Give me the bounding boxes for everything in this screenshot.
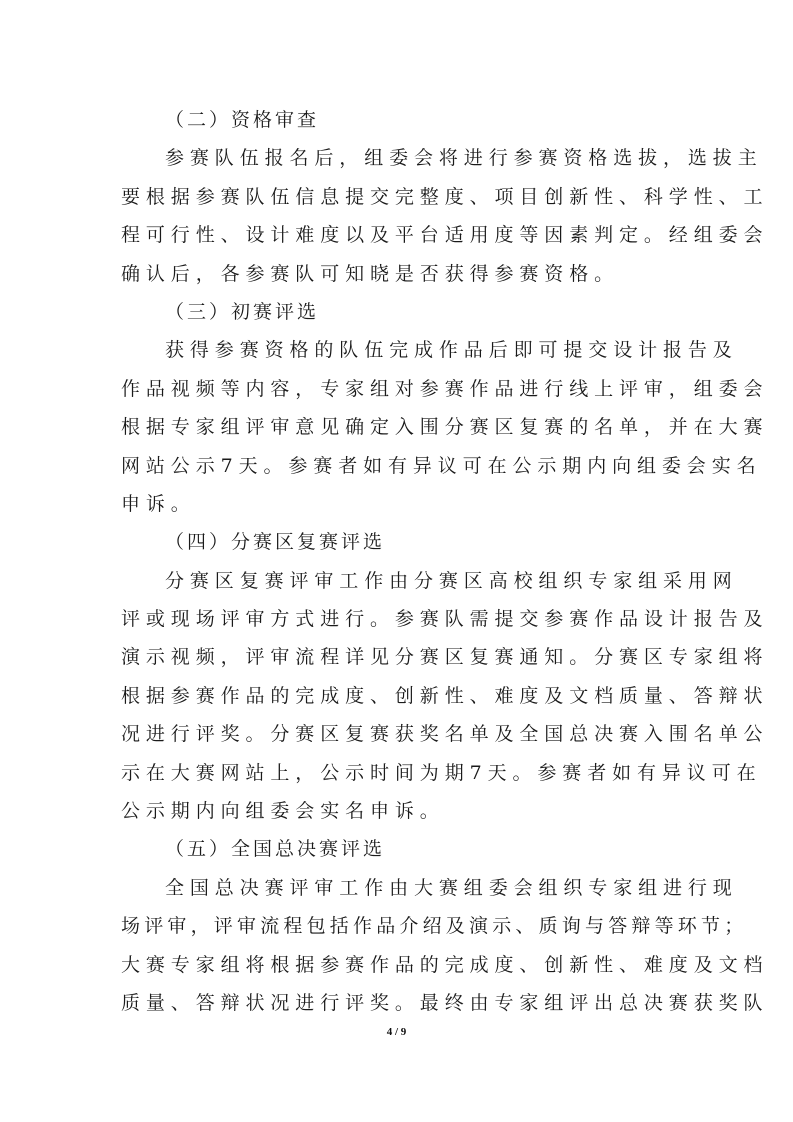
paragraph-line: 示在大赛网站上，公示时间为期7天。参赛者如有异议可在 — [121, 754, 681, 792]
paragraph-line: 确认后，各参赛队可知晓是否获得参赛资格。 — [121, 255, 681, 293]
page-number: 4 / 9 — [0, 1026, 793, 1038]
paragraph-line: 分赛区复赛评审工作由分赛区高校组织专家组采用网 — [121, 562, 681, 600]
section-qualification-review: （二）资格审查 参赛队伍报名后，组委会将进行参赛资格选拔，选拔主 要根据参赛队伍… — [121, 101, 681, 293]
paragraph-line: 场评审，评审流程包括作品介绍及演示、质询与答辩等环节； — [121, 907, 681, 945]
paragraph-line: 程可行性、设计难度以及平台适用度等因素判定。经组委会 — [121, 216, 681, 254]
paragraph-line: 作品视频等内容，专家组对参赛作品进行线上评审，组委会 — [121, 370, 681, 408]
paragraph-line: 根据专家组评审意见确定入围分赛区复赛的名单，并在大赛 — [121, 408, 681, 446]
paragraph-line: 申诉。 — [121, 485, 681, 523]
section-preliminary-round: （三）初赛评选 获得参赛资格的队伍完成作品后即可提交设计报告及 作品视频等内容，… — [121, 293, 681, 523]
document-page: （二）资格审查 参赛队伍报名后，组委会将进行参赛资格选拔，选拔主 要根据参赛队伍… — [121, 101, 681, 1022]
paragraph-line: 况进行评奖。分赛区复赛获奖名单及全国总决赛入围名单公 — [121, 715, 681, 753]
section-heading: （五）全国总决赛评选 — [121, 830, 681, 868]
paragraph-line: 大赛专家组将根据参赛作品的完成度、创新性、难度及文档 — [121, 946, 681, 984]
paragraph-line: 网站公示7天。参赛者如有异议可在公示期内向组委会实名 — [121, 447, 681, 485]
paragraph-line: 演示视频，评审流程详见分赛区复赛通知。分赛区专家组将 — [121, 638, 681, 676]
paragraph-line: 根据参赛作品的完成度、创新性、难度及文档质量、答辩状 — [121, 677, 681, 715]
paragraph-line: 评或现场评审方式进行。参赛队需提交参赛作品设计报告及 — [121, 600, 681, 638]
paragraph-line: 质量、答辩状况进行评奖。最终由专家组评出总决赛获奖队 — [121, 984, 681, 1022]
section-regional-semifinal: （四）分赛区复赛评选 分赛区复赛评审工作由分赛区高校组织专家组采用网 评或现场评… — [121, 523, 681, 830]
paragraph-line: 公示期内向组委会实名申诉。 — [121, 792, 681, 830]
section-national-final: （五）全国总决赛评选 全国总决赛评审工作由大赛组委会组织专家组进行现 场评审，评… — [121, 830, 681, 1022]
section-heading: （四）分赛区复赛评选 — [121, 523, 681, 561]
paragraph-line: 参赛队伍报名后，组委会将进行参赛资格选拔，选拔主 — [121, 139, 681, 177]
section-heading: （二）资格审查 — [121, 101, 681, 139]
paragraph-line: 全国总决赛评审工作由大赛组委会组织专家组进行现 — [121, 869, 681, 907]
paragraph-line: 要根据参赛队伍信息提交完整度、项目创新性、科学性、工 — [121, 178, 681, 216]
section-heading: （三）初赛评选 — [121, 293, 681, 331]
paragraph-line: 获得参赛资格的队伍完成作品后即可提交设计报告及 — [121, 331, 681, 369]
